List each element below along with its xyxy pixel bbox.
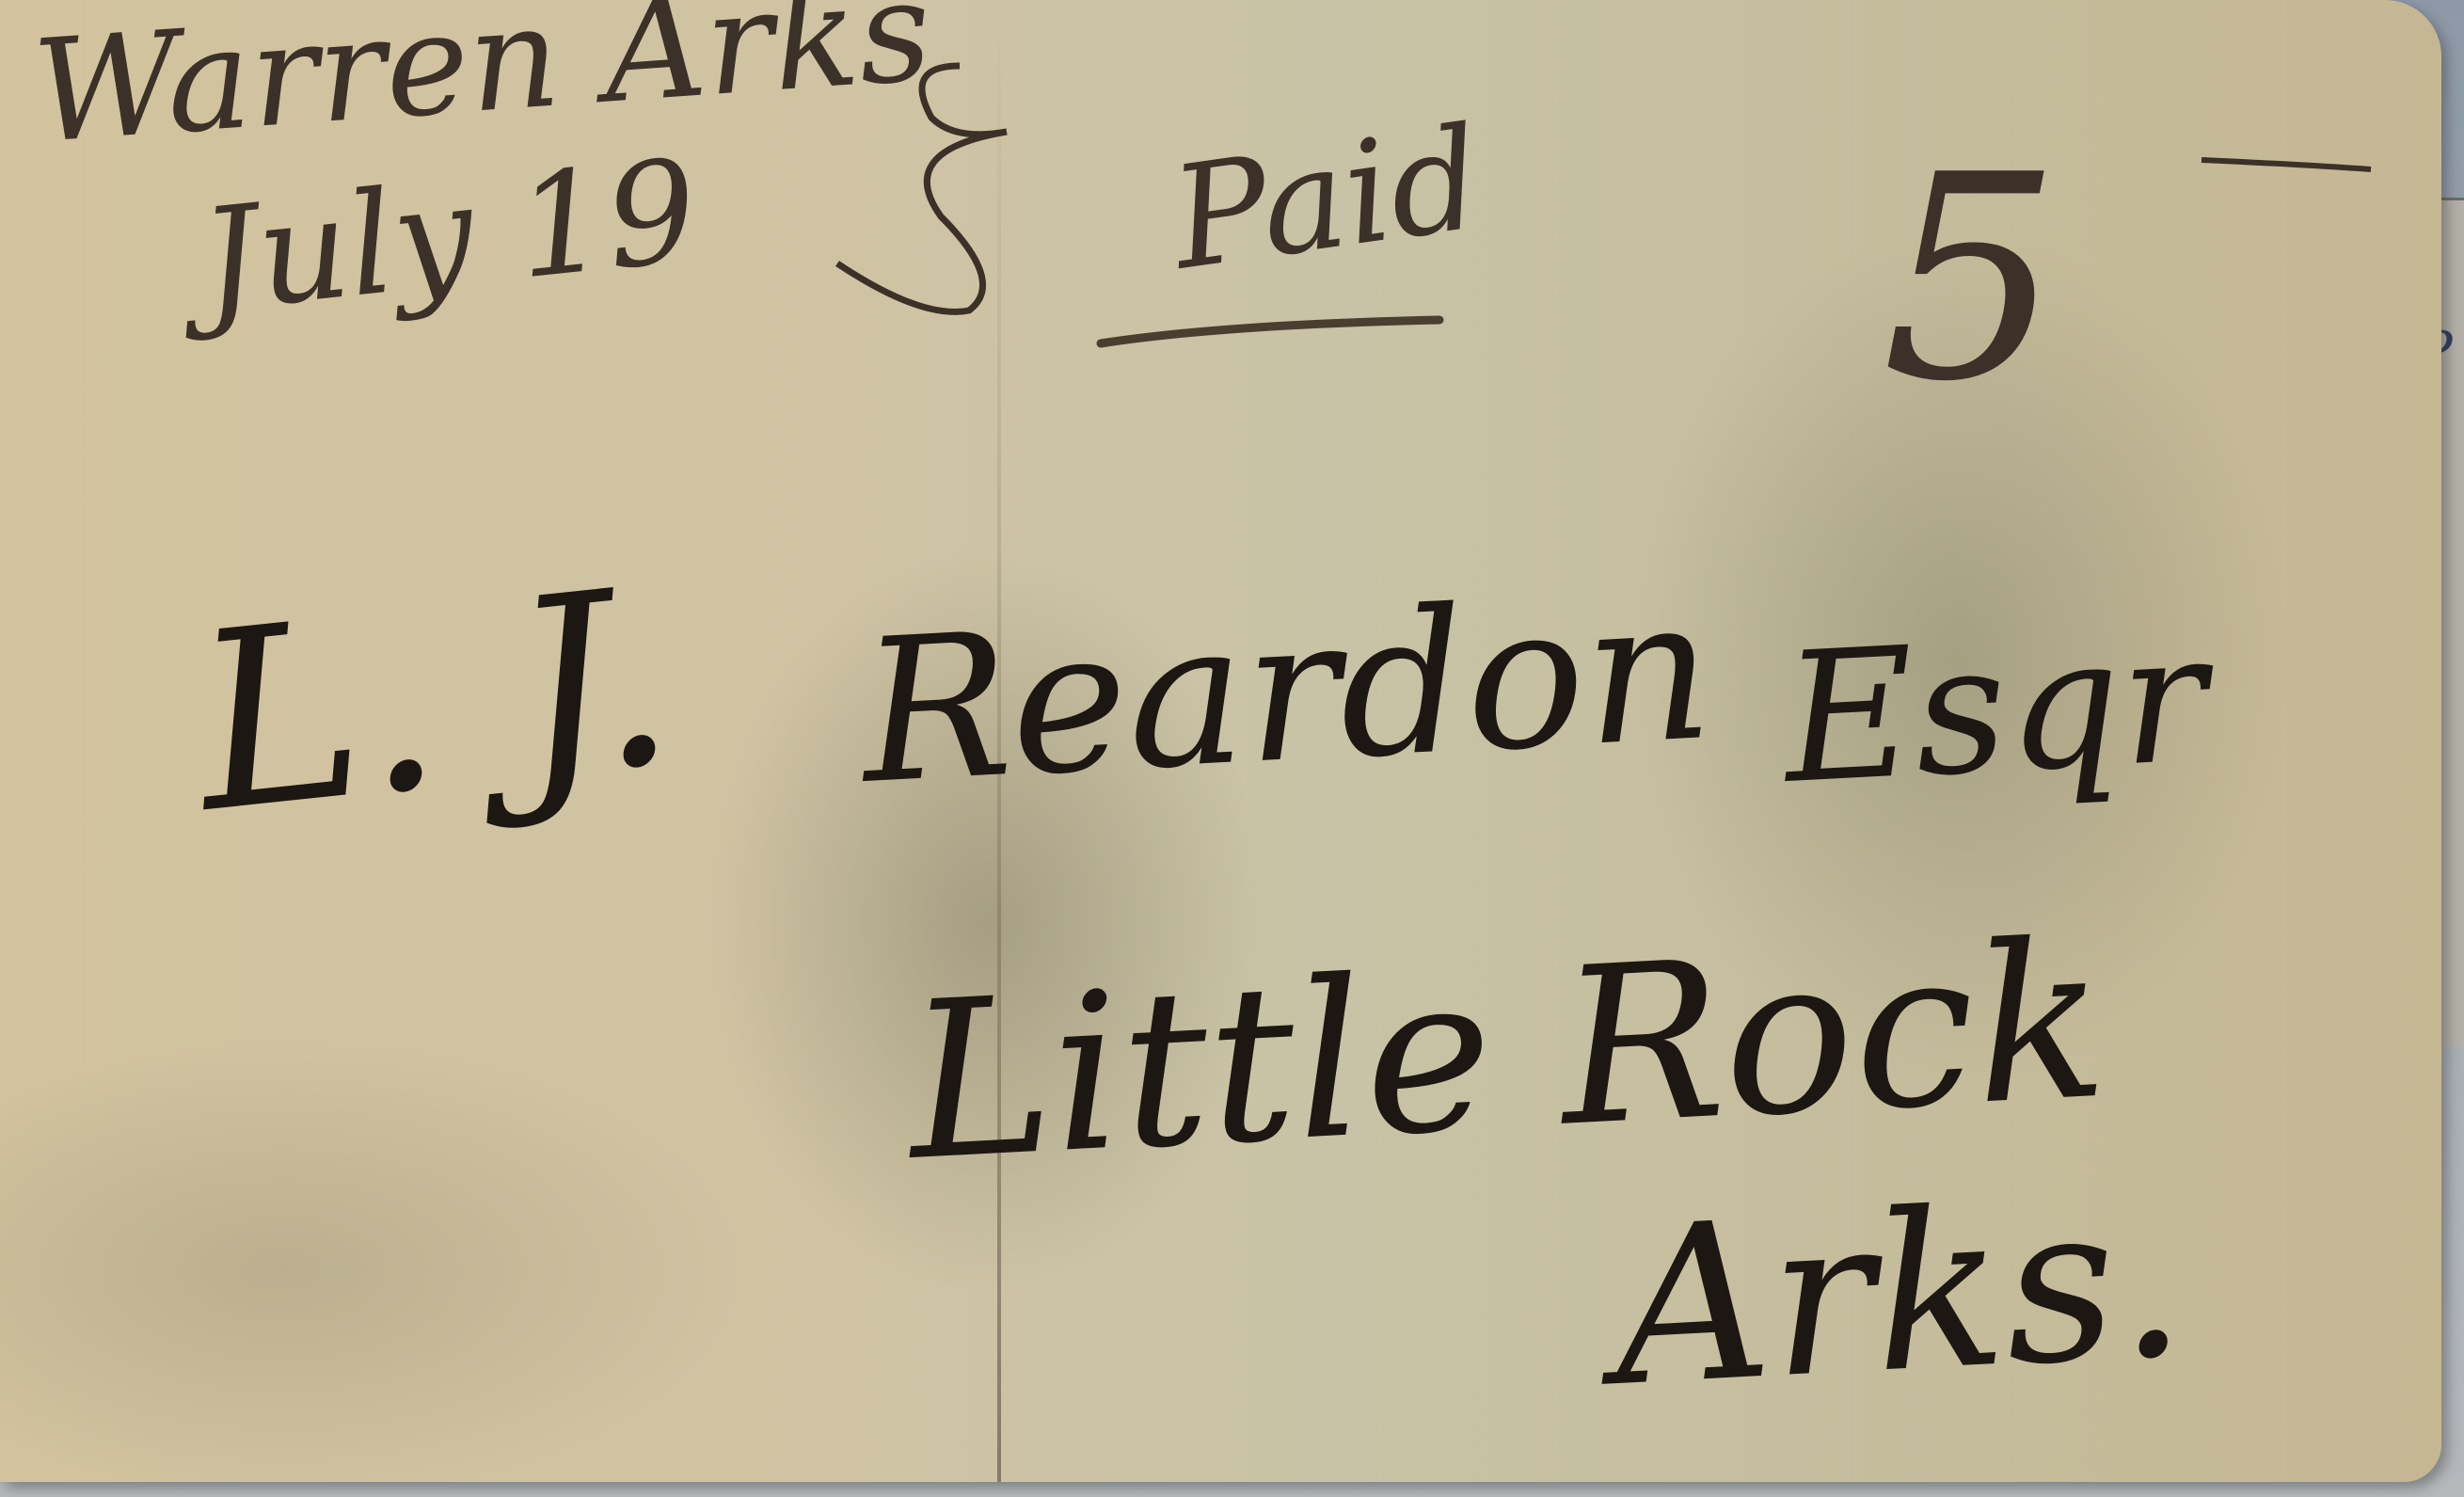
paid-label: Paid	[1160, 97, 1491, 302]
rate-flourish	[2202, 160, 2371, 169]
address-initials: L. J.	[180, 535, 685, 868]
paid-underline	[1101, 320, 1439, 343]
photo-scene: ? Warren Arks July 19 Paid 5 L. J. Reard…	[0, 0, 2464, 1497]
handwriting-layer: Warren Arks July 19 Paid 5 L. J. Reardon…	[0, 0, 2464, 1497]
address-title: Esqr	[1776, 593, 2221, 823]
address-surname: Reardon	[852, 553, 1718, 828]
address-state: Arks.	[1591, 1155, 2191, 1436]
rate-marking: 5	[1882, 115, 2061, 443]
postmark-date: July 19	[169, 130, 705, 347]
postmark-town: Warren Arks	[28, 0, 936, 175]
address-city: Little Rock	[898, 896, 2112, 1210]
